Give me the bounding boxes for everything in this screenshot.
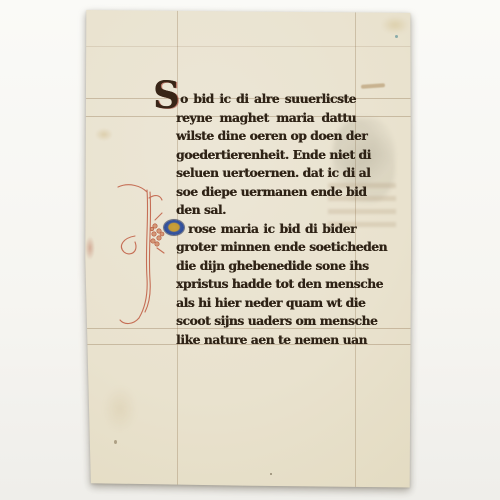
manuscript-photo: So bid ic di alre suuerlicstereyne maghe… [0,0,500,500]
manuscript-line: als hi hier neder quam wt die [176,294,356,313]
manuscript-line: seluen uertoernen. dat ic di al [176,164,356,183]
line-text: like nature aen te nemen uan [176,332,367,347]
manuscript-line: scoot sijns uaders om mensche [176,312,356,331]
stain-red-edge [85,236,95,260]
text-block: So bid ic di alre suuerlicstereyne maghe… [176,90,356,349]
speck-teal [395,35,398,38]
manuscript-line: den sal. [176,201,356,220]
manuscript-line: reyne maghet maria dattu [176,109,356,128]
line-text: groter minnen ende soeticheden [176,239,387,254]
line-text: den sal. [176,202,226,217]
line-text: soe diepe uermanen ende bid [176,184,366,199]
leaf-shadow: So bid ic di alre suuerlicstereyne maghe… [85,10,411,488]
manuscript-line: rose maria ic bid di bider [176,220,356,239]
manuscript-line: like nature aen te nemen uan [176,331,356,350]
manuscript-line: groter minnen ende soeticheden [176,238,356,257]
line-text: o bid ic di alre suuerlicste [180,91,356,106]
line-text: reyne maghet maria dattu [176,110,356,125]
fleck-dark [114,440,117,444]
line-text: goedertierenheit. Ende niet di [176,147,371,162]
manuscript-line: soe diepe uermanen ende bid [176,183,356,202]
line-text: die dijn ghebenedide sone ihs [176,258,369,273]
line-text: scoot sijns uaders om mensche [176,313,377,328]
line-text: seluen uertoernen. dat ic di al [176,165,370,180]
manuscript-line: So bid ic di alre suuerlicste [176,90,356,109]
manuscript-line: die dijn ghebenedide sone ihs [176,257,356,276]
manuscript-line: wilste dine oeren op doen der [176,127,356,146]
stain-corner [381,16,409,34]
manuscript-line: xpristus hadde tot den mensche [176,275,356,294]
manuscript-line: goedertierenheit. Ende niet di [176,146,356,165]
line-text: wilste dine oeren op doen der [176,128,367,143]
fleck-dark [270,473,272,475]
manuscript-leaf: So bid ic di alre suuerlicstereyne maghe… [85,10,411,488]
smudge-right-margin [361,83,385,89]
line-text: als hi hier neder quam wt die [176,295,365,310]
illuminated-initial-O [164,220,184,235]
penwork-flourish [105,178,165,328]
line-text: xpristus hadde tot den mensche [176,276,383,291]
line-text: rose maria ic bid di bider [188,221,356,236]
stain-bottom [103,386,137,432]
stain-foxing [95,128,113,141]
ruling-line-top [85,46,411,47]
